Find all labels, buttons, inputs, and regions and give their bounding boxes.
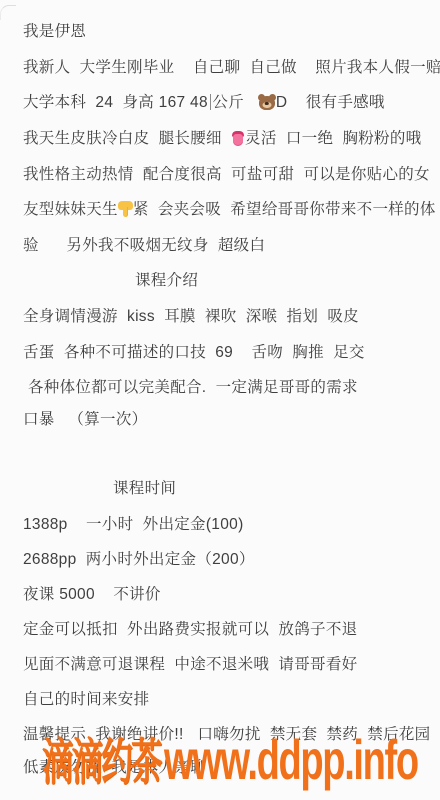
- course-intro-heading: 课程介绍: [135, 271, 198, 291]
- policy-line-2: 见面不满意可退课程 中途不退米哦 请哥哥看好: [23, 655, 357, 675]
- tongue-emoji: [231, 131, 245, 146]
- ad-text-page: 我是伊恩 我新人 大学生刚毕业 自己聊 自己做 照片我本人假一赔十 大学本科 2…: [0, 0, 440, 800]
- intro-line-6-text-b: 紧 会夹会吸 希望给哥哥你带来不一样的体: [133, 201, 436, 218]
- bear-face-emoji: [258, 94, 276, 110]
- intro-line-3-text-b: 公斤: [212, 94, 257, 111]
- policy-line-1: 定金可以抵扣 外出路费实报就可以 放鸽子不退: [23, 620, 357, 640]
- watermark-brand-text: 滴滴约茶: [42, 733, 160, 791]
- intro-line-6-text-a: 友型妹妹天生: [23, 201, 118, 218]
- pointing-down-emoji: [118, 200, 133, 217]
- intro-line-4-text-b: 灵活 口一绝 胸粉粉的哦: [245, 130, 421, 147]
- intro-line-6: 友型妹妹天生紧 会夹会吸 希望给哥哥你带来不一样的体: [23, 200, 436, 220]
- intro-line-4-text-a: 我天生皮肤冷白皮 腿长腰细: [23, 130, 231, 147]
- price-line-2: 2688pp 两小时外出定金（200）: [23, 550, 255, 570]
- intro-line-7: 验 另外我不吸烟无纹身 超级白: [23, 236, 265, 256]
- watermark-url-text: www.ddpp.info: [164, 729, 418, 791]
- intro-line-3-text-a: 大学本科 24 身高 167 48: [23, 94, 208, 111]
- course-intro-line-3: 各种体位都可以完美配合. 一定满足哥哥的需求: [28, 378, 358, 398]
- price-line-3: 夜课 5000 不讲价: [23, 585, 161, 605]
- course-intro-line-4: 口暴 （算一次）: [23, 410, 147, 430]
- intro-line-2: 我新人 大学生刚毕业 自己聊 自己做 照片我本人假一赔十: [23, 58, 440, 78]
- price-line-1: 1388p 一小时 外出定金(100): [23, 515, 244, 535]
- intro-line-5: 我性格主动热情 配合度很高 可盐可甜 可以是你贴心的女: [23, 165, 430, 185]
- intro-line-1: 我是伊恩: [23, 22, 86, 42]
- intro-line-3-text-c: D 很有手感哦: [276, 94, 385, 111]
- intro-line-4: 我天生皮肤冷白皮 腿长腰细 灵活 口一绝 胸粉粉的哦: [23, 129, 421, 149]
- course-intro-line-2: 舌蛋 各种不可描述的口技 69 舌吻 胸推 足交: [23, 343, 365, 363]
- course-intro-line-1: 全身调情漫游 kiss 耳膜 裸吹 深喉 指划 吸皮: [23, 307, 359, 327]
- bear-muzzle: [262, 102, 271, 109]
- bubble-corner-artifact: [0, 5, 16, 20]
- intro-line-3: 大学本科 24 身高 167 48公斤 D 很有手感哦: [23, 93, 385, 113]
- policy-line-3: 自己的时间来安排: [23, 690, 149, 710]
- course-time-heading: 课程时间: [113, 479, 176, 499]
